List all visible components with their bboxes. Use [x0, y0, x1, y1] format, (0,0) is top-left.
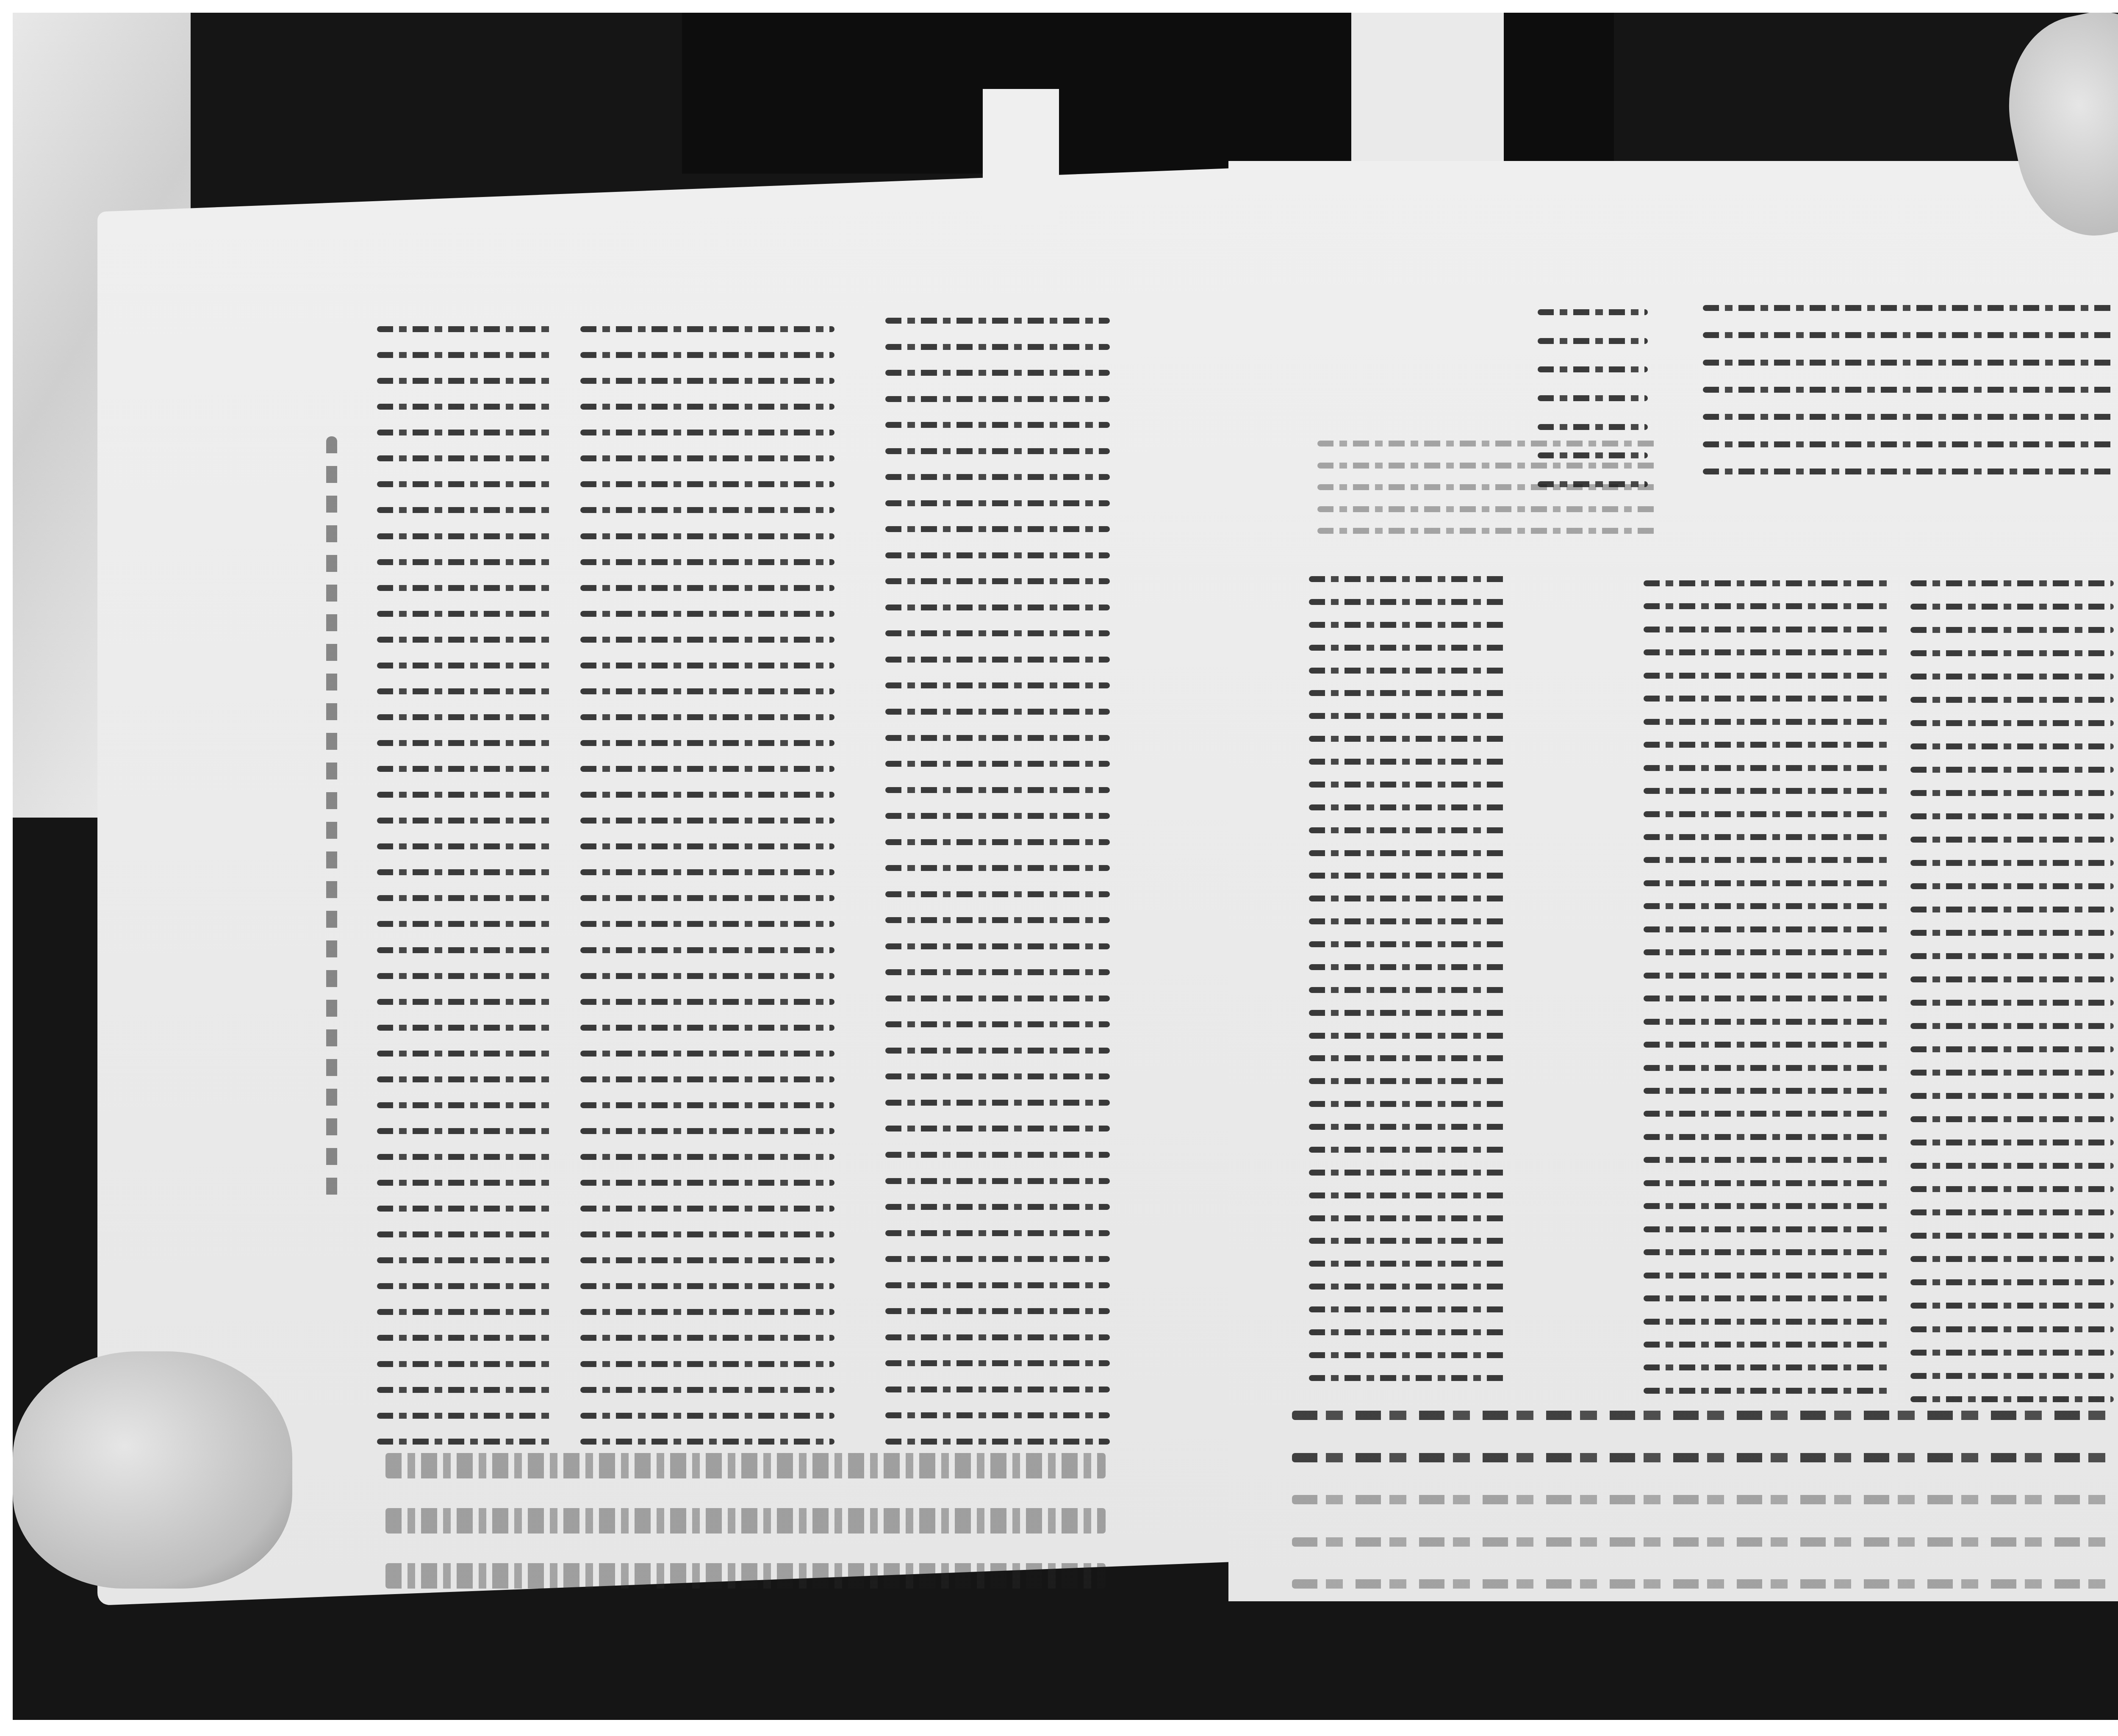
left-page-margin-note [326, 436, 337, 1199]
right-page-column-c [1910, 580, 2114, 1402]
right-page-column-b [1644, 580, 1889, 1394]
left-page-column-2 [580, 326, 834, 1445]
page-tab [983, 89, 1059, 225]
right-page-top-block [1703, 305, 2114, 474]
right-page-colophon [1292, 1411, 2118, 1589]
left-page-column-3 [885, 318, 1110, 1445]
manuscript-photo [13, 13, 2118, 1720]
top-light-tab [1351, 13, 1504, 174]
left-page-catchwords [385, 1453, 1106, 1589]
left-page-column-1 [377, 326, 555, 1445]
left-hand [13, 1351, 292, 1589]
right-page-column-a [1309, 576, 1508, 1381]
right-page-faded-note [1317, 441, 1656, 534]
